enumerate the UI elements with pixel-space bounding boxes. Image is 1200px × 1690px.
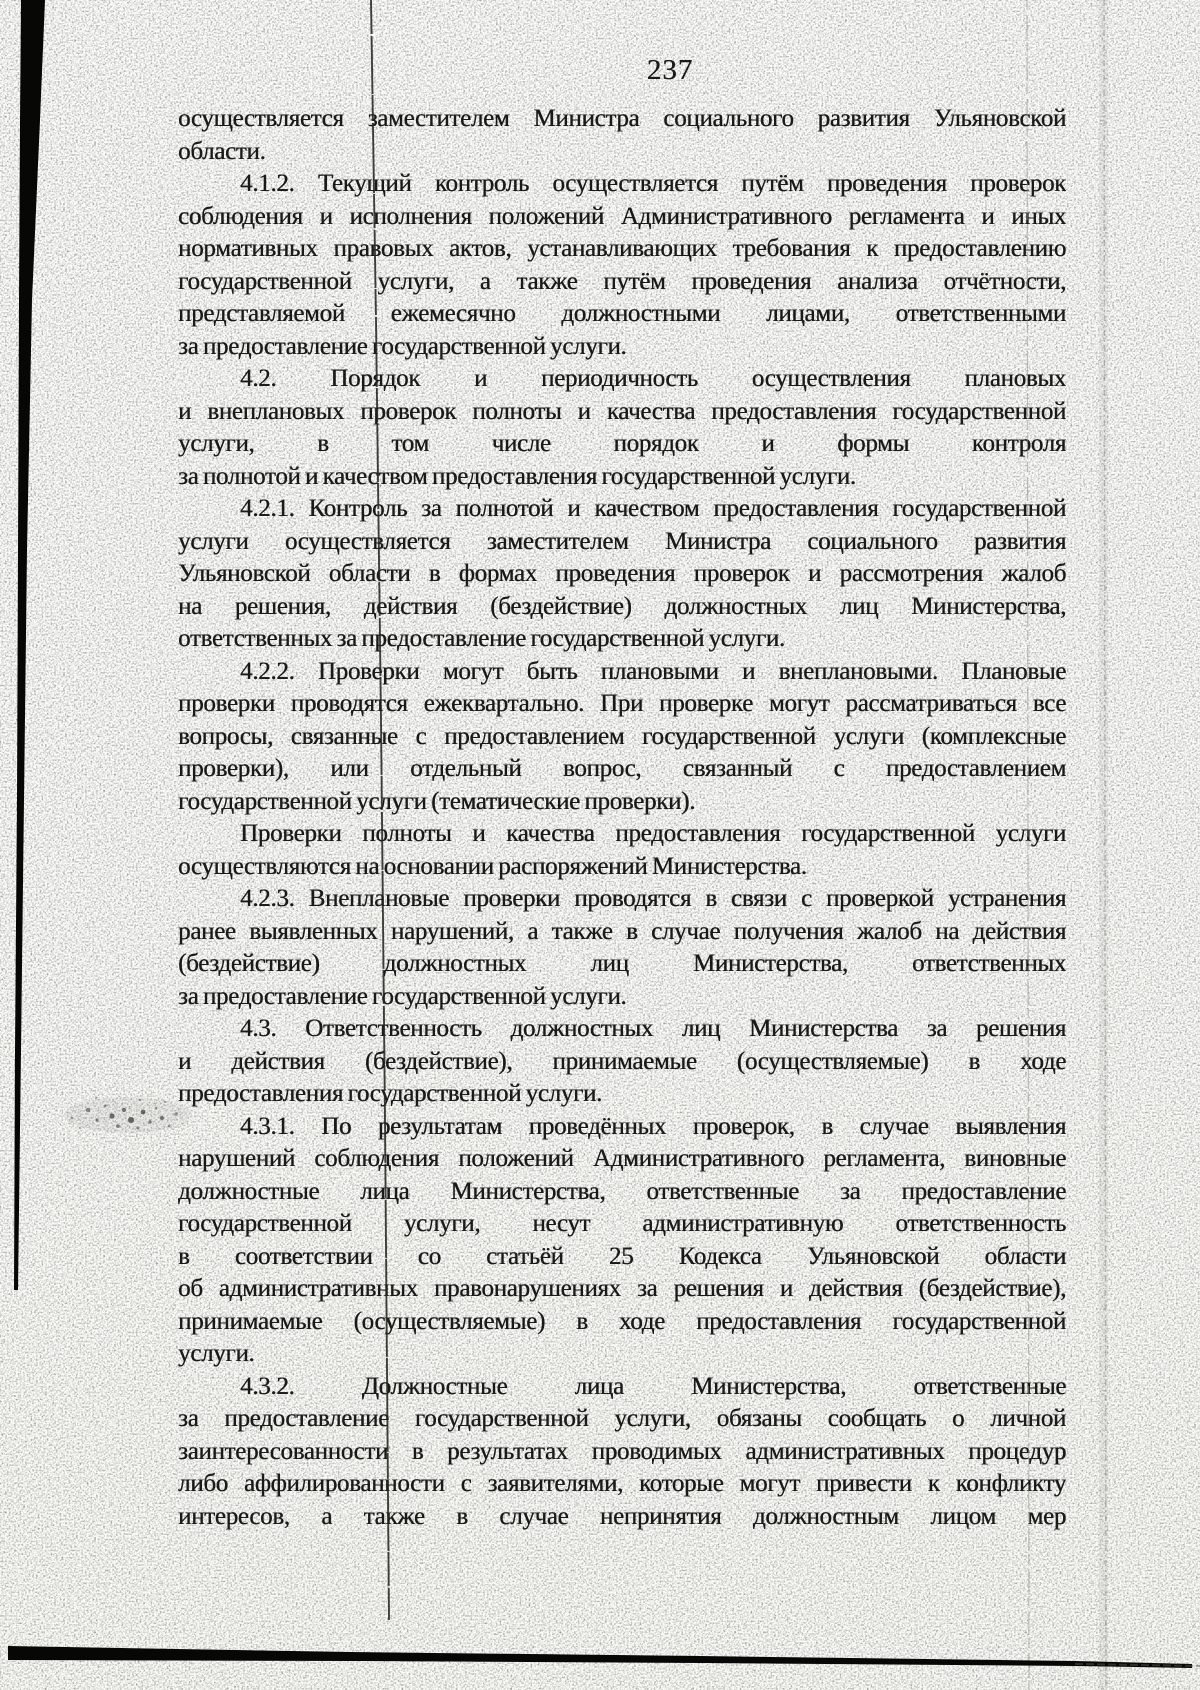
scanned-page: 237 осуществляется заместителем Министра… [0,0,1200,1690]
text-line: за предоставление государственной услуги… [178,331,1066,364]
document-text: осуществляется заместителем Министра соц… [178,103,1066,1533]
text-line: проверки проводятся ежеквартально. При п… [178,688,1066,721]
paragraph: Проверки полноты и качества предоставлен… [178,818,1066,883]
paragraph: 4.2.2. Проверки могут быть плановыми и в… [178,656,1066,819]
paragraph: осуществляется заместителем Министра соц… [178,103,1066,168]
text-line: государственной услуги, несут администра… [178,1208,1066,1241]
paragraph: 4.3. Ответственность должностных лиц Мин… [178,1013,1066,1111]
text-line: в соответствии со статьёй 25 Кодекса Уль… [178,1241,1066,1274]
text-line: 4.3.2. Должностные лица Министерства, от… [178,1371,1066,1404]
left-edge-artifact [14,0,45,1290]
text-line: нарушений соблюдения положений Администр… [178,1143,1066,1176]
paragraph: 4.2.1. Контроль за полнотой и качеством … [178,493,1066,656]
text-line: за предоставление государственной услуги… [178,981,1066,1014]
page-number: 237 [560,54,780,87]
text-line: услуги, в том числе порядок и формы конт… [178,428,1066,461]
text-line: государственной услуги, а также путём пр… [178,266,1066,299]
text-line: на решения, действия (бездействие) должн… [178,591,1066,624]
text-line: 4.2.3. Внеплановые проверки проводятся в… [178,883,1066,916]
text-line: и действия (бездействие), принимаемые (о… [178,1046,1066,1079]
ink-smudge [64,1097,192,1133]
paragraph: 4.3.2. Должностные лица Министерства, от… [178,1371,1066,1534]
paragraph: 4.3.1. По результатам проведённых провер… [178,1111,1066,1371]
text-line: предоставления государственной услуги. [178,1078,1066,1111]
bottom-edge-tail [1075,1664,1200,1666]
scan-streak [1104,0,1106,1690]
text-line: представляемой ежемесячно должностными л… [178,298,1066,331]
text-line: заинтересованности в результатах проводи… [178,1436,1066,1469]
text-line: Проверки полноты и качества предоставлен… [178,818,1066,851]
text-line: (бездействие) должностных лиц Министерст… [178,948,1066,981]
text-line: осуществляется заместителем Министра соц… [178,103,1066,136]
text-line: за полнотой и качеством предоставления г… [178,461,1066,494]
scan-streak [1099,0,1108,1690]
text-line: 4.3. Ответственность должностных лиц Мин… [178,1013,1066,1046]
text-line: вопросы, связанные с предоставлением гос… [178,721,1066,754]
text-line: и внеплановых проверок полноты и качеств… [178,396,1066,429]
text-line: 4.2. Порядок и периодичность осуществлен… [178,363,1066,396]
paragraph: 4.2.3. Внеплановые проверки проводятся в… [178,883,1066,1013]
text-line: об административных правонарушениях за р… [178,1273,1066,1306]
text-line: ответственных за предоставление государс… [178,623,1066,656]
text-line: 4.1.2. Текущий контроль осуществляется п… [178,168,1066,201]
text-line: области. [178,136,1066,169]
text-line: Ульяновской области в формах проведения … [178,558,1066,591]
text-line: за предоставление государственной услуги… [178,1403,1066,1436]
text-line: принимаемые (осуществляемые) в ходе пред… [178,1306,1066,1339]
paragraph: 4.1.2. Текущий контроль осуществляется п… [178,168,1066,363]
text-line: 4.2.2. Проверки могут быть плановыми и в… [178,656,1066,689]
text-line: 4.2.1. Контроль за полнотой и качеством … [178,493,1066,526]
text-line: соблюдения и исполнения положений Админи… [178,201,1066,234]
text-line: либо аффилированности с заявителями, кот… [178,1468,1066,1501]
bottom-edge-artifact [8,1646,1192,1668]
text-line: услуги. [178,1338,1066,1371]
text-line: ранее выявленных нарушений, а также в сл… [178,916,1066,949]
text-line: должностные лица Министерства, ответстве… [178,1176,1066,1209]
text-line: интересов, а также в случае непринятия д… [178,1501,1066,1534]
paragraph: 4.2. Порядок и периодичность осуществлен… [178,363,1066,493]
text-line: нормативных правовых актов, устанавливаю… [178,233,1066,266]
text-line: осуществляются на основании распоряжений… [178,851,1066,884]
text-line: 4.3.1. По результатам проведённых провер… [178,1111,1066,1144]
text-line: проверки), или отдельный вопрос, связанн… [178,753,1066,786]
text-line: государственной услуги (тематические про… [178,786,1066,819]
text-line: услуги осуществляется заместителем Минис… [178,526,1066,559]
